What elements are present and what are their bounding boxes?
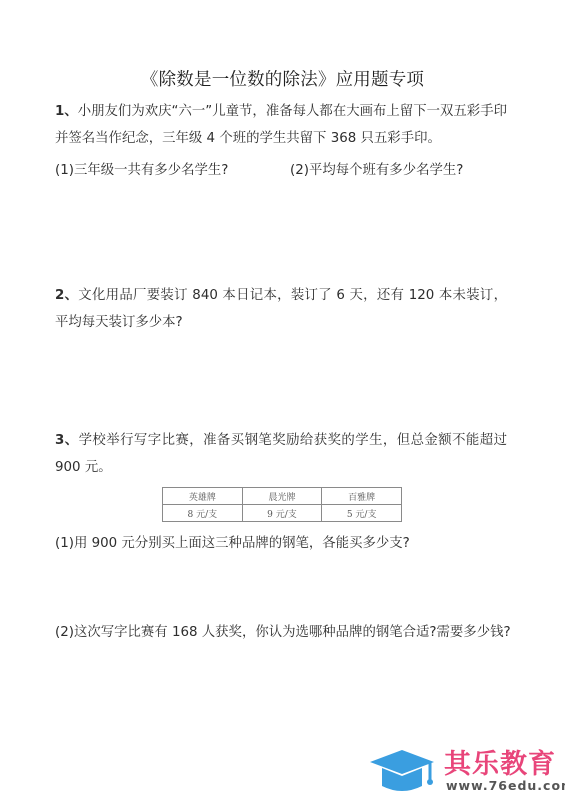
- question-1-sub-1: (1)三年级一共有多少名学生?: [55, 161, 228, 181]
- pen-price-table: 英雄牌 晨光牌 百雅牌 8 元/支 9 元/支 5 元/支: [162, 487, 402, 522]
- question-3-number: 3、: [55, 433, 79, 448]
- table-header-cell: 晨光牌: [242, 488, 322, 505]
- table-cell-price: 5 元/支: [322, 505, 402, 522]
- brand-name: 其乐教育: [444, 742, 556, 781]
- table-row: 8 元/支 9 元/支 5 元/支: [163, 505, 402, 522]
- question-3-sub-2: (2)这次写字比赛有 168 人获奖，你认为选哪种品牌的钢笔合适?需要多少钱?: [55, 623, 511, 643]
- question-2: 2、文化用品厂要装订 840 本日记本，装订了 6 天，还有 120 本未装订，…: [55, 282, 507, 336]
- question-2-text: 文化用品厂要装订 840 本日记本，装订了 6 天，还有 120 本未装订，平均…: [55, 288, 507, 330]
- table-header-row: 英雄牌 晨光牌 百雅牌: [163, 488, 402, 505]
- question-1-text: 小朋友们为欢庆“六一”儿童节，准备每人都在大画布上留下一双五彩手印并签名当作纪念…: [55, 104, 507, 146]
- graduation-cap-icon: [368, 746, 440, 794]
- table-cell-price: 9 元/支: [242, 505, 322, 522]
- page-title: 《除数是一位数的除法》应用题专项: [0, 66, 565, 91]
- watermark-logo: 其乐教育 www.76edu.com: [368, 742, 558, 798]
- question-1-number: 1、: [55, 104, 78, 119]
- question-3-sub-1: (1)用 900 元分别买上面这三种品牌的钢笔，各能买多少支?: [55, 534, 410, 554]
- question-2-number: 2、: [55, 288, 78, 303]
- question-1-sub-2: (2)平均每个班有多少名学生?: [290, 161, 463, 181]
- table-header-cell: 英雄牌: [163, 488, 243, 505]
- question-3: 3、学校举行写字比赛，准备买钢笔奖励给获奖的学生，但总金额不能超过 900 元。: [55, 427, 507, 481]
- brand-url: www.76edu.com: [446, 778, 565, 793]
- table-cell-price: 8 元/支: [163, 505, 243, 522]
- table-header-cell: 百雅牌: [322, 488, 402, 505]
- question-1: 1、小朋友们为欢庆“六一”儿童节，准备每人都在大画布上留下一双五彩手印并签名当作…: [55, 98, 507, 152]
- question-3-text: 学校举行写字比赛，准备买钢笔奖励给获奖的学生，但总金额不能超过 900 元。: [55, 433, 507, 475]
